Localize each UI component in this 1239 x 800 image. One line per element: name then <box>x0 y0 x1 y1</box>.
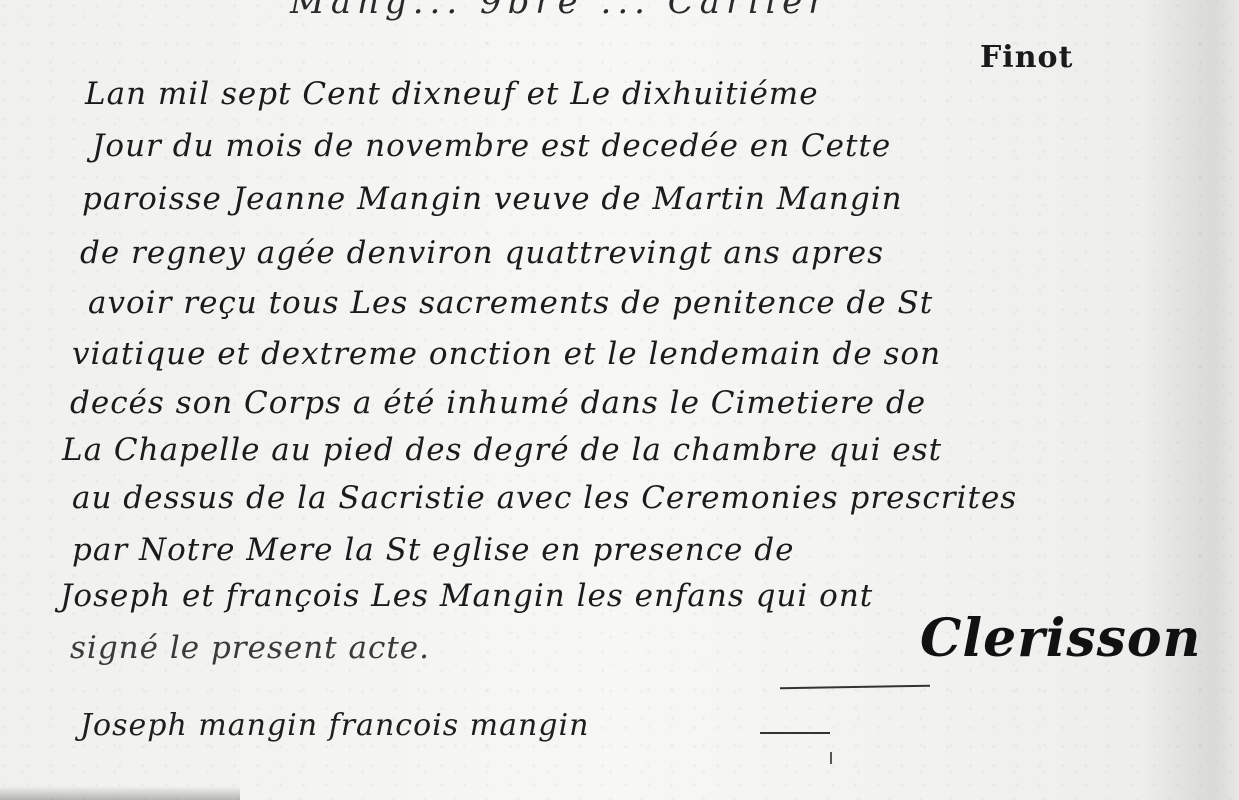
text-line-6: viatique et dextreme onction et le lende… <box>72 336 941 372</box>
priest-signature: Clerisson <box>920 608 1201 669</box>
text-line-9: au dessus de la Sacristie avec les Cerem… <box>72 480 1017 516</box>
ink-mark <box>830 752 832 764</box>
witness-signatures: Joseph mangin francois mangin <box>80 708 589 743</box>
page-edge-shadow <box>0 786 240 800</box>
text-line-2: Jour du mois de novembre est decedée en … <box>92 128 891 164</box>
text-line-12: signé le present acte. <box>70 630 430 666</box>
text-line-11: Joseph et françois Les Mangin les enfans… <box>60 578 873 614</box>
margin-name: Finot <box>980 40 1073 75</box>
text-line-5: avoir reçu tous Les sacrements de penite… <box>88 285 933 321</box>
text-line-7: decés son Corps a été inhumé dans le Cim… <box>70 385 926 421</box>
text-line-3: paroisse Jeanne Mangin veuve de Martin M… <box>82 181 903 217</box>
text-line-10: par Notre Mere la St eglise en presence … <box>72 532 794 568</box>
text-line-1: Lan mil sept Cent dixneuf et Le dixhuiti… <box>85 76 819 112</box>
text-line-8: La Chapelle au pied des degré de la cham… <box>62 432 942 468</box>
text-line-4: de regney agée denviron quattrevingt ans… <box>80 235 884 271</box>
witness-signature-flourish <box>760 732 830 734</box>
header-fragment: Mang... 9bre ... Carlier <box>290 0 830 22</box>
